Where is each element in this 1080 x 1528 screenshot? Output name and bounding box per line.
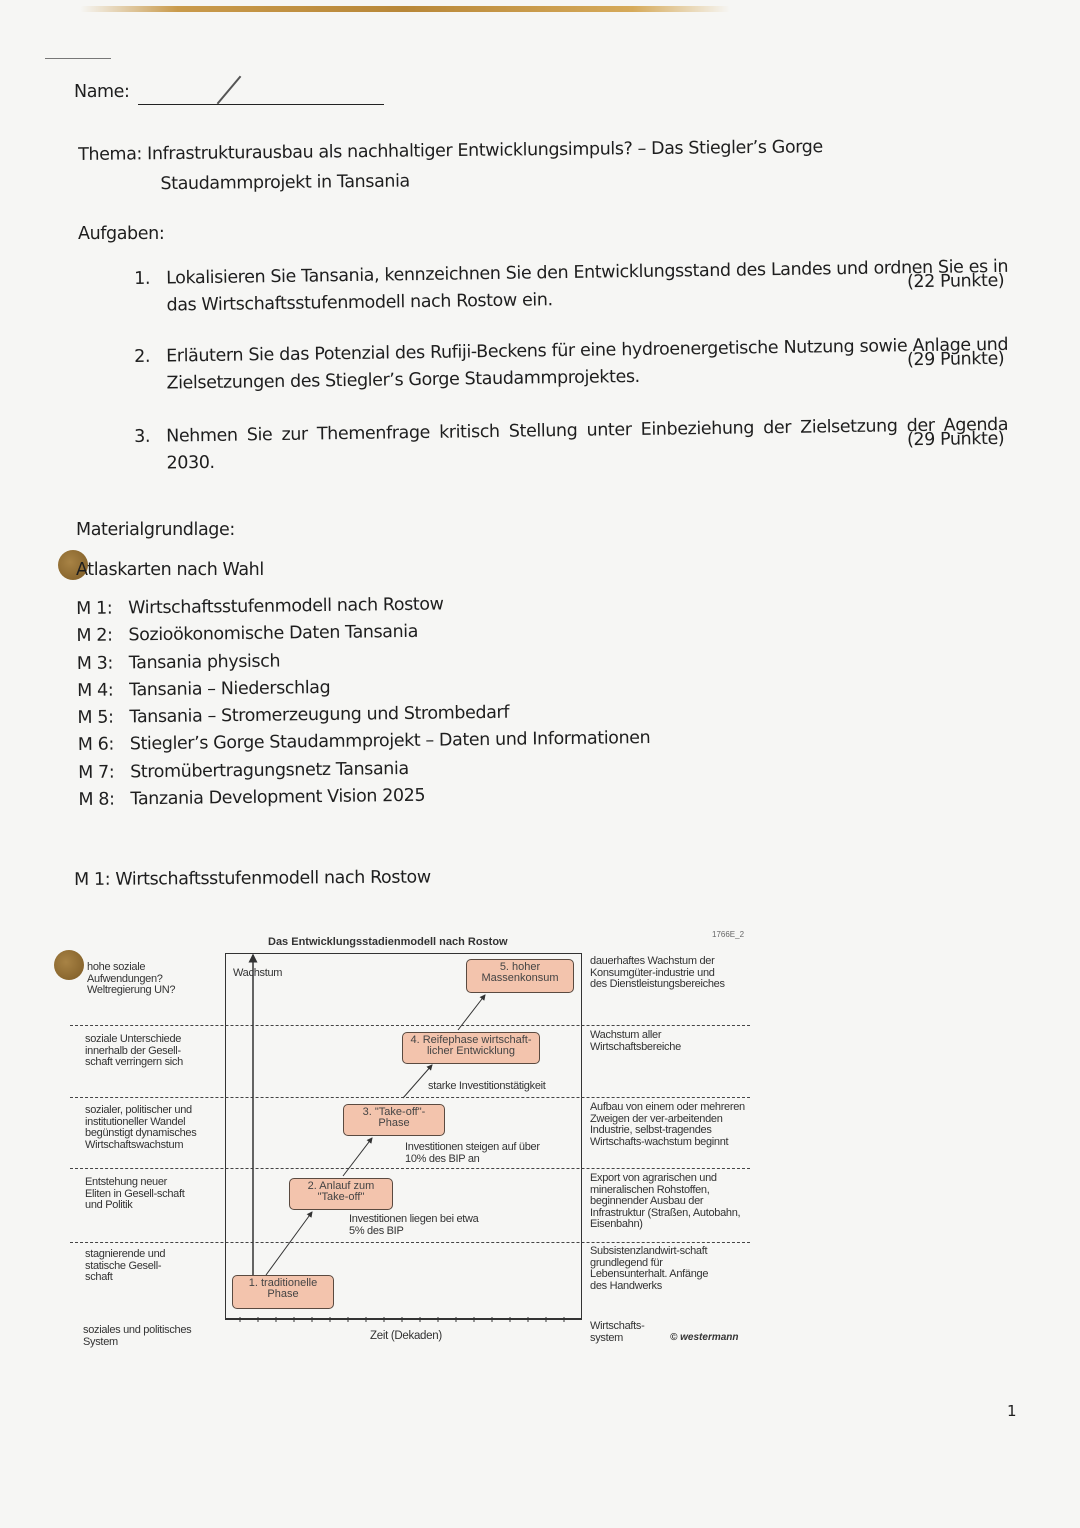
stage-3-box: 3. "Take-off"-Phase <box>343 1104 445 1136</box>
x-axis-label: Zeit (Dekaden) <box>370 1331 442 1343</box>
stage-2-box: 2. Anlauf zum "Take-off" <box>289 1178 393 1210</box>
social-stage-2: Entstehung neuer Eliten in Gesell-schaft… <box>85 1177 185 1212</box>
stage-1-box: 1. traditionelle Phase <box>232 1275 334 1309</box>
investment-note: Investitionen steigen auf über 10% des B… <box>405 1142 545 1165</box>
stage-5-box: 5. hoher Massenkonsum <box>466 959 574 993</box>
page-number: 1 <box>1007 1402 1017 1420</box>
social-stage-4: soziale Unterschiede innerhalb der Gesel… <box>85 1034 203 1069</box>
investment-note: Investitionen liegen bei etwa 5% des BIP <box>349 1214 479 1237</box>
social-stage-5: hohe soziale Aufwendungen? Weltregierung… <box>87 962 207 997</box>
social-stage-3: sozialer, politischer und institutionell… <box>85 1105 215 1151</box>
rostow-diagram: Das Entwicklungsstadienmodell nach Rosto… <box>0 0 1080 1528</box>
social-stage-1: stagnierende und statische Gesell-schaft <box>85 1249 185 1284</box>
investment-note: starke Investitionstätigkeit <box>428 1081 578 1093</box>
copyright-note: © westermann <box>670 1332 739 1343</box>
economy-stage-1: Subsistenzlandwirt-schaft grundlegend fü… <box>590 1246 725 1292</box>
economy-stage-2: Export von agrarischen und mineralischen… <box>590 1173 745 1231</box>
stage-4-box: 4. Reifephase wirtschaft-licher Entwickl… <box>402 1032 540 1064</box>
growth-arrows <box>0 0 1080 1528</box>
economy-stage-5: dauerhaftes Wachstum der Konsumgüter-ind… <box>590 956 730 991</box>
economy-stage-4: Wachstum aller Wirtschaftsbereiche <box>590 1030 720 1053</box>
y-axis-label: Wachstum <box>233 968 282 980</box>
economy-column-label: Wirtschafts-system <box>590 1321 660 1344</box>
economy-stage-3: Aufbau von einem oder mehreren Zweigen d… <box>590 1102 750 1148</box>
social-column-label: soziales und politisches System <box>83 1325 193 1348</box>
